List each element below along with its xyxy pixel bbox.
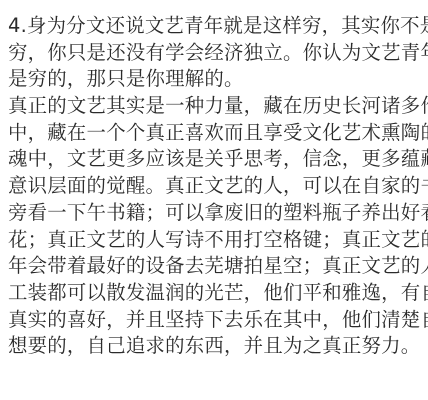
text-line: 真正的文艺其实是一种力量，藏在历史长河诸多作品 (8, 93, 424, 120)
text-line: 花；真正文艺的人写诗不用打空格键；真正文艺的青 (8, 227, 424, 254)
paragraph-2: 真正的文艺其实是一种力量，藏在历史长河诸多作品 中，藏在一个个真正喜欢而且享受文… (8, 93, 424, 360)
text-line: 想要的，自己追求的东西，并且为之真正努力。 (8, 333, 424, 360)
paragraph-1: 4.身为分文还说文艺青年就是这样穷，其实你不是 穷，你只是还没有学会经济独立。你… (8, 13, 424, 93)
text-line: 意识层面的觉醒。真正文艺的人，可以在自家的书桌 (8, 173, 424, 200)
text-line: 旁看一下午书籍；可以拿废旧的塑料瓶子养出好看的 (8, 200, 424, 227)
text-line: 真实的喜好，并且坚持下去乐在其中，他们清楚自己 (8, 307, 424, 334)
article-text: 4.身为分文还说文艺青年就是这样穷，其实你不是 穷，你只是还没有学会经济独立。你… (8, 13, 424, 360)
text-line: 4.身为分文还说文艺青年就是这样穷，其实你不是 (8, 13, 424, 40)
text-line: 中，藏在一个个真正喜欢而且享受文化艺术熏陶的灵 (8, 120, 424, 147)
text-line: 年会带着最好的设备去芜塘拍星空；真正文艺的人穿 (8, 253, 424, 280)
text-line: 穷，你只是还没有学会经济独立。你认为文艺青年都 (8, 40, 424, 67)
text-line: 工装都可以散发温润的光芒，他们平和雅逸，有自己 (8, 280, 424, 307)
text-line: 魂中，文艺更多应该是关乎思考，信念，更多蕴藏着 (8, 146, 424, 173)
text-line: 是穷的，那只是你理解的。 (8, 66, 424, 93)
